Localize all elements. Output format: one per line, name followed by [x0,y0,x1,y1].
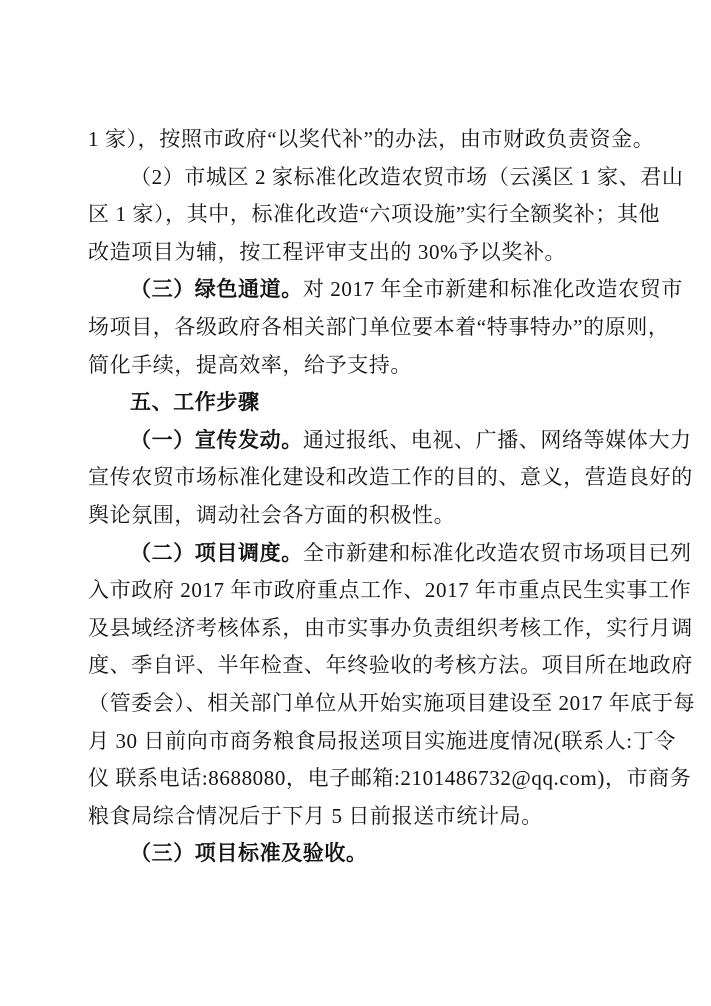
document-body: 1 家），按照市政府“以奖代补”的办法，由市财政负责资金。 （2）市城区 2 家… [88,121,625,873]
line-text: 通过报纸、电视、广播、网络等媒体大力 [303,428,692,452]
document-line: 入市政府 2017 年市政府重点工作、2017 年市重点民生实事工作 [88,572,625,610]
line-text: 及县域经济考核体系，由市实事办负责组织考核工作，实行月调 [88,616,693,640]
document-line: 改造项目为辅，按工程评审支出的 30%予以奖补。 [88,234,625,272]
document-line: 及县域经济考核体系，由市实事办负责组织考核工作，实行月调 [88,610,625,648]
line-text: 度、季自评、半年检查、年终验收的考核方法。项目所在地政府 [88,653,693,677]
line-bold-text: （二）项目调度。 [130,541,303,565]
line-text: 仪 联系电话:8688080，电子邮箱:2101486732@qq.com)，市… [88,766,691,790]
document-line-section-heading: （三）绿色通道。对 2017 年全市新建和标准化改造农贸市 [88,271,625,309]
document-line: 简化手续，提高效率，给予支持。 [88,347,625,385]
line-text: （2）市城区 2 家标准化改造农贸市场（云溪区 1 家、君山 [130,165,684,189]
line-text: 对 2017 年全市新建和标准化改造农贸市 [303,277,683,301]
line-text: （管委会）、相关部门单位从开始实施项目建设至 2017 年底于每 [88,691,695,715]
line-text: 区 1 家），其中，标准化改造“六项设施”实行全额奖补；其他 [88,202,660,226]
line-bold-text: 五、工作步骤 [130,390,260,414]
document-line: 度、季自评、半年检查、年终验收的考核方法。项目所在地政府 [88,647,625,685]
document-line: （2）市城区 2 家标准化改造农贸市场（云溪区 1 家、君山 [88,159,625,197]
line-text: 粮食局综合情况后于下月 5 日前报送市统计局。 [88,804,543,828]
document-line: 月 30 日前向市商务粮食局报送项目实施进度情况(联系人:丁令 [88,723,625,761]
document-line-chapter-heading: 五、工作步骤 [88,384,625,422]
line-text: 1 家），按照市政府“以奖代补”的办法，由市财政负责资金。 [88,127,654,151]
document-page: 1 家），按照市政府“以奖代补”的办法，由市财政负责资金。 （2）市城区 2 家… [0,0,711,1006]
document-line: 仪 联系电话:8688080，电子邮箱:2101486732@qq.com)，市… [88,760,625,798]
document-line: 宣传农贸市场标准化建设和改造工作的目的、意义，营造良好的 [88,459,625,497]
line-text: 改造项目为辅，按工程评审支出的 30%予以奖补。 [88,240,566,264]
line-text: 场项目，各级政府各相关部门单位要本着“特事特办”的原则， [88,315,669,339]
line-text: 月 30 日前向市商务粮食局报送项目实施进度情况(联系人:丁令 [88,729,676,753]
document-line-section-heading: （二）项目调度。全市新建和标准化改造农贸市场项目已列 [88,535,625,573]
document-line-section-heading: （三）项目标准及验收。 [88,835,625,873]
document-line: 场项目，各级政府各相关部门单位要本着“特事特办”的原则， [88,309,625,347]
line-text: 入市政府 2017 年市政府重点工作、2017 年市重点民生实事工作 [88,578,691,602]
document-line: 舆论氛围，调动社会各方面的积极性。 [88,497,625,535]
document-line: 粮食局综合情况后于下月 5 日前报送市统计局。 [88,798,625,836]
document-line-section-heading: （一）宣传发动。通过报纸、电视、广播、网络等媒体大力 [88,422,625,460]
line-text: 舆论氛围，调动社会各方面的积极性。 [88,503,455,527]
line-text: 宣传农贸市场标准化建设和改造工作的目的、意义，营造良好的 [88,465,693,489]
document-line: 区 1 家），其中，标准化改造“六项设施”实行全额奖补；其他 [88,196,625,234]
line-bold-text: （三）绿色通道。 [130,277,303,301]
line-text: 简化手续，提高效率，给予支持。 [88,353,412,377]
document-line: （管委会）、相关部门单位从开始实施项目建设至 2017 年底于每 [88,685,625,723]
line-text: 全市新建和标准化改造农贸市场项目已列 [303,541,692,565]
line-bold-text: （一）宣传发动。 [130,428,303,452]
document-line: 1 家），按照市政府“以奖代补”的办法，由市财政负责资金。 [88,121,625,159]
line-bold-text: （三）项目标准及验收。 [130,841,368,865]
